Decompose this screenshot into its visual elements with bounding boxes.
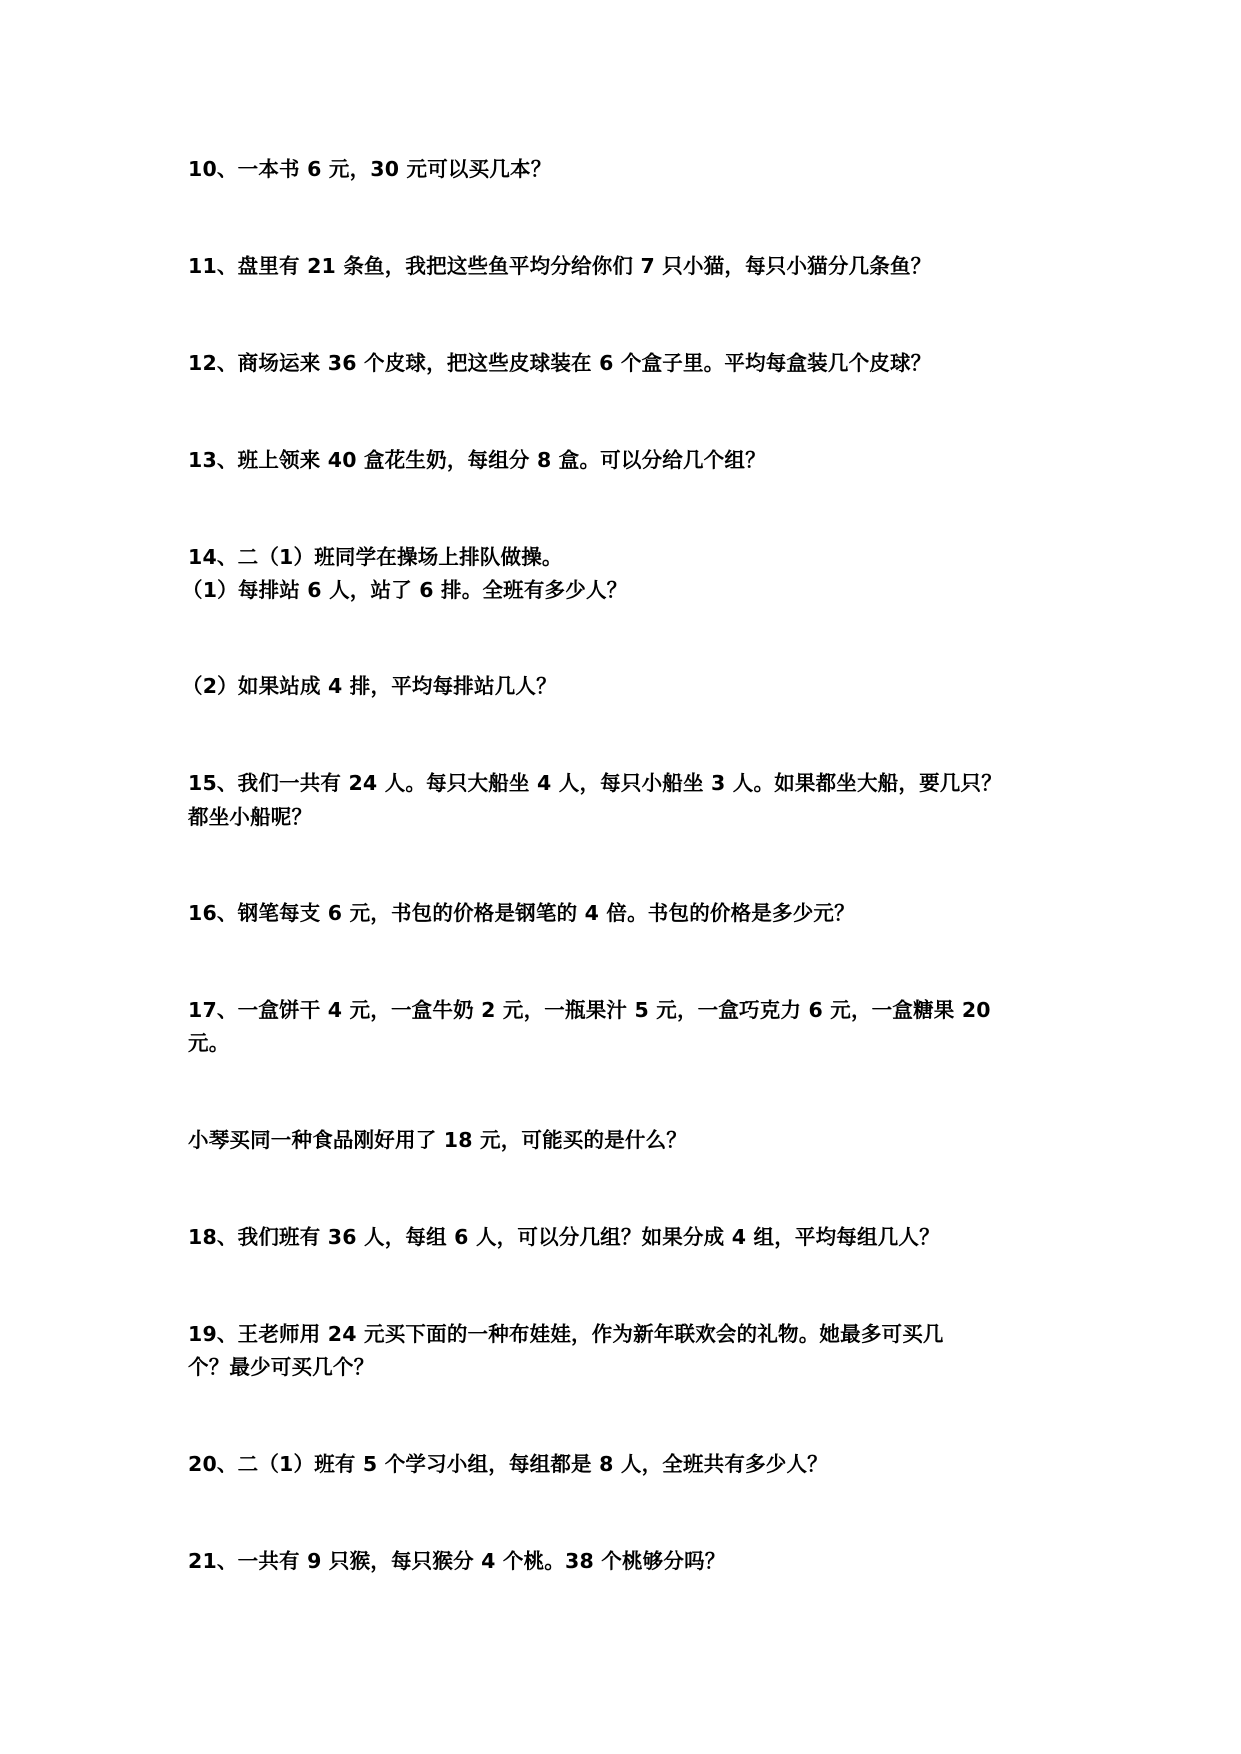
question-20: 20、二（1）班有 5 个学习小组，每组都是 8 人，全班共有多少人？ [188, 1449, 828, 1479]
question-17-line-2: 元。 [188, 1028, 229, 1058]
question-21: 21、一共有 9 只猴，每只猴分 4 个桃。38 个桃够分吗？ [188, 1546, 725, 1576]
question-13: 13、班上领来 40 盒花生奶，每组分 8 盒。可以分给几个组？ [188, 445, 766, 475]
question-18: 18、我们班有 36 人，每组 6 人，可以分几组？如果分成 4 组，平均每组几… [188, 1222, 940, 1252]
question-15-line-2: 都坐小船呢？ [188, 802, 312, 832]
question-17-line-1: 17、一盒饼干 4 元，一盒牛奶 2 元，一瓶果汁 5 元，一盒巧克力 6 元，… [188, 995, 991, 1025]
question-19-line-1: 19、王老师用 24 元买下面的一种布娃娃，作为新年联欢会的礼物。她最多可买几 [188, 1319, 944, 1349]
question-11: 11、盘里有 21 条鱼，我把这些鱼平均分给你们 7 只小猫，每只小猫分几条鱼？ [188, 251, 931, 281]
question-14-part-2: （2）如果站成 4 排，平均每排站几人？ [182, 671, 557, 701]
question-17-followup: 小琴买同一种食品刚好用了 18 元，可能买的是什么？ [188, 1125, 687, 1155]
question-14: 14、二（1）班同学在操场上排队做操。 [188, 542, 563, 572]
question-12: 12、商场运来 36 个皮球，把这些皮球装在 6 个盒子里。平均每盒装几个皮球？ [188, 348, 931, 378]
question-16: 16、钢笔每支 6 元，书包的价格是钢笔的 4 倍。书包的价格是多少元？ [188, 898, 855, 928]
question-14-part-1: （1）每排站 6 人，站了 6 排。全班有多少人？ [182, 575, 627, 605]
question-19-line-2: 个？最少可买几个？ [188, 1352, 374, 1382]
question-15-line-1: 15、我们一共有 24 人。每只大船坐 4 人，每只小船坐 3 人。如果都坐大船… [188, 768, 1002, 798]
question-10: 10、一本书 6 元，30 元可以买几本？ [188, 154, 551, 184]
worksheet-page: 10、一本书 6 元，30 元可以买几本？ 11、盘里有 21 条鱼，我把这些鱼… [0, 0, 1241, 1754]
